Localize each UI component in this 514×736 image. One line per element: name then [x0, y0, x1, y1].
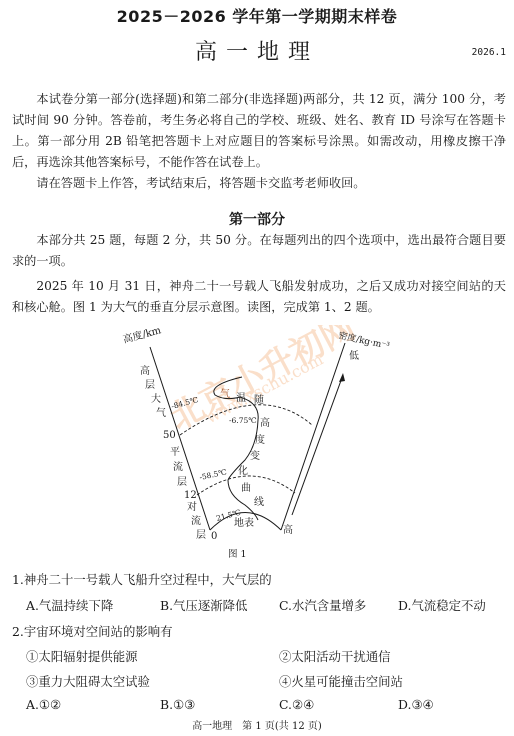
- question-context: 2025 年 10 月 31 日，神舟二十一号载人飞船发射成功，之后又成功对接空…: [12, 276, 506, 318]
- question-number: 2.: [12, 624, 24, 639]
- page-footer: 高一地理 第 1 页(共 12 页): [0, 717, 514, 732]
- question-stem: 宇宙环境对空间站的影响有: [24, 624, 173, 639]
- q1-option-c[interactable]: C.水汽含量增多: [279, 596, 366, 614]
- svg-text:对: 对: [187, 500, 197, 513]
- svg-text:曲: 曲: [241, 481, 251, 494]
- q1-option-d[interactable]: D.气流稳定不动: [398, 596, 486, 614]
- svg-text:随: 随: [254, 394, 264, 406]
- question-number: 1.: [12, 572, 24, 587]
- q2-statement-3: ③重力大阻碍太空试验: [26, 672, 150, 690]
- q2-option-c[interactable]: C.②④: [279, 697, 314, 712]
- q2-statement-1: ①太阳辐射提供能源: [26, 647, 138, 665]
- q1-option-a[interactable]: A.气温持续下降: [26, 596, 113, 614]
- svg-text:气: 气: [220, 388, 230, 400]
- atmosphere-layers-figure: 北京小升初网 www.xschu.com 高度/km 密度/kg·m⁻³ 低 高…: [100, 325, 420, 560]
- question-2: 2.宇宙环境对空间站的影响有: [12, 622, 173, 640]
- tick-12: 12: [184, 490, 197, 501]
- q2-option-b[interactable]: B.①③: [160, 697, 195, 712]
- question-stem: 神舟二十一号载人飞船升空过程中，大气层的: [24, 572, 272, 587]
- altitude-axis: [150, 347, 210, 530]
- section-intro: 本部分共 25 题，每题 2 分，共 50 分。在每题列出的四个选项中，选出最符…: [12, 230, 506, 272]
- arrow-head-icon: [339, 373, 345, 382]
- tick-50: 50: [163, 430, 176, 441]
- altitude-axis-label: 高度/km: [121, 325, 162, 346]
- svg-text:大: 大: [151, 392, 161, 405]
- svg-text:高: 高: [140, 364, 150, 377]
- svg-text:流: 流: [191, 514, 201, 527]
- surface-label: 地表: [234, 516, 254, 529]
- svg-text:化: 化: [238, 464, 248, 477]
- svg-text:高: 高: [260, 416, 270, 429]
- temp-stratopause: -6.75℃: [229, 416, 257, 425]
- layer-label-upper: 高层大气: [140, 364, 166, 419]
- q2-option-d[interactable]: D.③④: [398, 697, 434, 712]
- layer-label-troposphere: 对流层: [187, 500, 206, 541]
- svg-text:温: 温: [236, 392, 246, 404]
- section-title: 第一部分: [0, 209, 514, 229]
- svg-text:层: 层: [145, 379, 155, 391]
- temp-tropopause: -58.5℃: [199, 467, 228, 482]
- figure-caption: 图 1: [228, 549, 247, 560]
- density-low-label: 低: [349, 350, 359, 362]
- svg-text:度: 度: [255, 433, 265, 446]
- density-high-label: 高: [283, 523, 293, 536]
- svg-text:流: 流: [173, 460, 183, 473]
- svg-text:层: 层: [196, 529, 206, 541]
- svg-text:变: 变: [250, 449, 260, 462]
- exam-title: 2025－2026 学年第一学期期末样卷: [0, 4, 514, 27]
- q2-option-a[interactable]: A.①②: [26, 697, 61, 712]
- subject-title: 高一地理: [0, 35, 514, 66]
- density-arrow: [292, 375, 343, 515]
- q2-statement-2: ②太阳活动干扰通信: [279, 647, 391, 665]
- tick-0: 0: [211, 531, 217, 542]
- exam-date: 2026.1: [472, 47, 506, 58]
- q1-option-b[interactable]: B.气压逐渐降低: [160, 596, 247, 614]
- q2-statement-4: ④火星可能撞击空间站: [279, 672, 403, 690]
- instructions-paragraph-2: 请在答题卡上作答，考试结束后，将答题卡交监考老师收回。: [12, 173, 506, 194]
- question-1: 1.神舟二十一号载人飞船升空过程中，大气层的: [12, 570, 272, 588]
- instructions-paragraph-1: 本试卷分第一部分(选择题)和第二部分(非选择题)两部分，共 12 页，满分 10…: [12, 89, 506, 173]
- svg-text:线: 线: [254, 495, 264, 508]
- svg-text:气: 气: [156, 407, 166, 419]
- svg-text:平: 平: [170, 446, 180, 458]
- svg-text:层: 层: [177, 476, 187, 488]
